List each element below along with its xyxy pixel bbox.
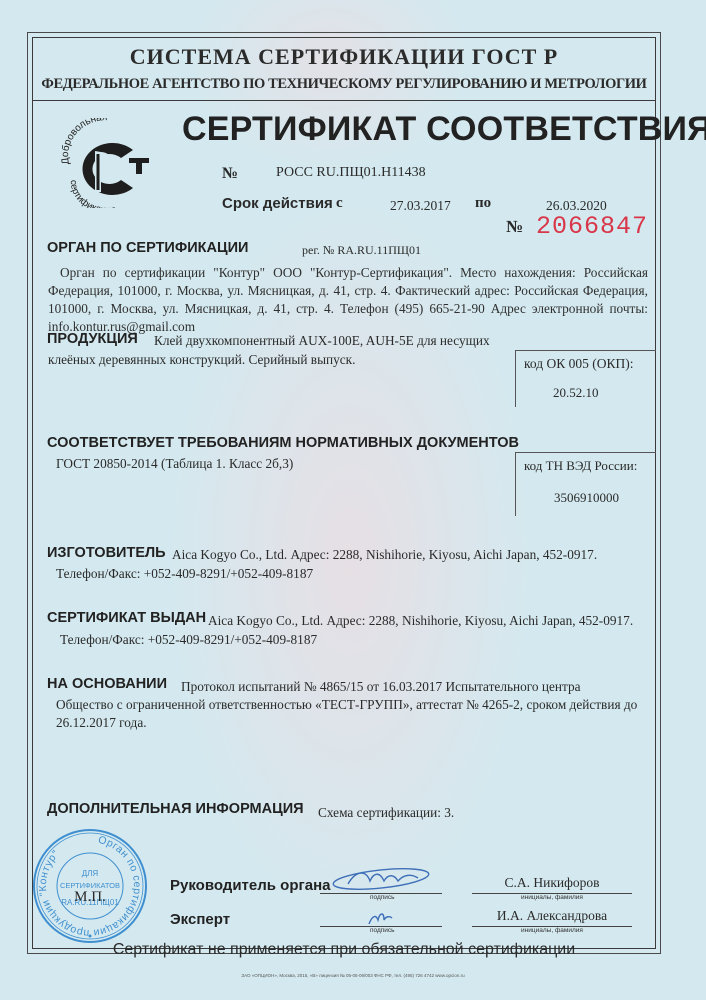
expert-name: И.А. Александрова xyxy=(472,908,632,924)
rst-logo-icon: Добровольная сертификация xyxy=(55,118,155,208)
manufacturer-heading: ИЗГОТОВИТЕЛЬ xyxy=(47,545,166,561)
head-label: Руководитель органа xyxy=(170,877,330,894)
stamp-center-top: ДЛЯ xyxy=(82,869,99,878)
product-heading: ПРОДУКЦИЯ xyxy=(47,331,138,347)
basis-heading: НА ОСНОВАНИИ xyxy=(47,676,167,692)
cert-body-reg-number: рег. № RA.RU.11ПЩ01 xyxy=(302,243,421,258)
voluntary-note: Сертификат не применяется при обязательн… xyxy=(32,941,656,959)
okp-code-label: код ОК 005 (ОКП): xyxy=(524,356,633,372)
head-signature-icon xyxy=(326,866,436,892)
head-name-caption: инициалы, фамилия xyxy=(472,894,632,901)
head-name: С.А. Никифоров xyxy=(472,875,632,891)
okp-code-value: 20.52.10 xyxy=(553,385,599,401)
number-label: № xyxy=(222,165,238,183)
basis-line-1: Протокол испытаний № 4865/15 от 16.03.20… xyxy=(181,679,581,695)
certificate-title: СЕРТИФИКАТ СООТВЕТСТВИЯ xyxy=(182,110,706,149)
agency-name: ФЕДЕРАЛЬНОЕ АГЕНТСТВО ПО ТЕХНИЧЕСКОМУ РЕ… xyxy=(32,76,656,93)
head-signature-caption: подпись xyxy=(370,894,395,901)
manufacturer-line-1: Aica Kogyo Co., Ltd. Адрес: 2288, Nishih… xyxy=(172,547,597,563)
valid-from-date: 27.03.2017 xyxy=(390,198,451,214)
expert-name-caption: инициалы, фамилия xyxy=(472,927,632,934)
expert-label: Эксперт xyxy=(170,911,230,928)
product-line-1: Клей двухкомпонентный AUX-100E, AUH-5E д… xyxy=(154,333,490,349)
basis-line-2: Общество с ограниченной ответственностью… xyxy=(56,697,637,713)
manufacturer-line-2: Телефон/Факс: +052-409-8291/+052-409-818… xyxy=(56,566,313,582)
blank-serial-number: 2066847 xyxy=(536,212,648,241)
product-line-2: клеёных деревянных конструкций. Серийный… xyxy=(48,352,355,368)
system-title: СИСТЕМА СЕРТИФИКАЦИИ ГОСТ Р xyxy=(32,44,656,70)
validity-label: Срок действия xyxy=(222,195,333,212)
header-divider xyxy=(32,100,656,101)
issued-to-heading: СЕРТИФИКАТ ВЫДАН xyxy=(47,610,206,626)
additional-heading: ДОПОЛНИТЕЛЬНАЯ ИНФОРМАЦИЯ xyxy=(47,801,304,817)
certificate-number: РОСС RU.ПЩ01.Н11438 xyxy=(276,165,426,181)
cert-body-details: Орган по сертификации "Контур" ООО "Конт… xyxy=(48,264,648,336)
tnved-code-label: код ТН ВЭД России: xyxy=(524,458,637,474)
cert-body-heading: ОРГАН ПО СЕРТИФИКАЦИИ xyxy=(47,240,248,256)
valid-to-label: по xyxy=(475,195,491,212)
issued-to-line-1: Aica Kogyo Co., Ltd. Адрес: 2288, Nishih… xyxy=(208,613,633,629)
expert-signature-caption: подпись xyxy=(370,927,395,934)
issued-to-line-2: Телефон/Факс: +052-409-8291/+052-409-818… xyxy=(60,632,317,648)
certification-scheme: Схема сертификации: 3. xyxy=(318,805,454,821)
expert-signature-icon xyxy=(366,908,396,928)
stamp-mp: М.П. xyxy=(74,889,106,905)
compliance-heading: СООТВЕТСТВУЕТ ТРЕБОВАНИЯМ НОРМАТИВНЫХ ДО… xyxy=(47,435,519,451)
official-stamp: Орган по сертификации продукции "Контур"… xyxy=(30,826,150,946)
printer-imprint: ЗАО «ОПЦИОН», Москва, 2015, «В» лицензия… xyxy=(0,973,706,978)
basis-line-3: 26.12.2017 года. xyxy=(56,715,147,731)
valid-from-label: с xyxy=(336,195,343,212)
compliance-standard: ГОСТ 20850-2014 (Таблица 1. Класс 2б,3) xyxy=(56,456,293,472)
tnved-code-value: 3506910000 xyxy=(554,490,619,506)
blank-number-label: № xyxy=(506,217,523,237)
